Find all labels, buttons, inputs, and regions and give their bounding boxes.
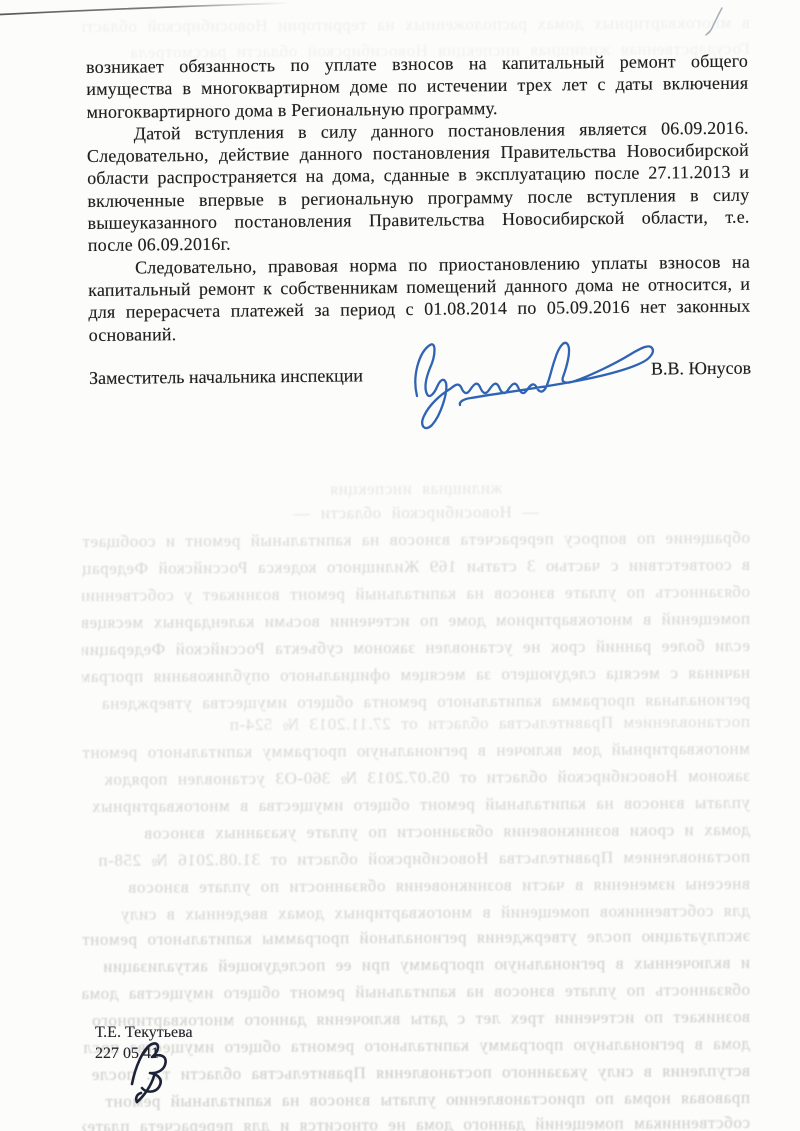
letter-body: возникает обязанность по уплате взносов … [86, 50, 751, 389]
signer-title: Заместитель начальника инспекции [89, 364, 363, 389]
bleed-line: вступления в силу указанного постановлен… [82, 1061, 750, 1085]
letter-paragraphs: возникает обязанность по уплате взносов … [86, 50, 751, 346]
bleed-line: многоквартирный дом включен в региональн… [82, 739, 750, 763]
bleed-line: внесены изменения в части возникновения … [82, 874, 750, 898]
bleed-line: эксплуатацию после утверждения региональ… [82, 926, 750, 950]
bleed-line: домах и сроки возникновения обязанности … [82, 820, 750, 844]
bleed-line: обращение по вопросу перерасчета взносов… [82, 528, 750, 552]
paragraph: Датой вступления в силу данного постанов… [87, 117, 750, 257]
bleed-line: в многоквартирных домах расположенных на… [82, 13, 750, 37]
bleed-line: помещений в многоквартирном доме по исте… [82, 609, 750, 633]
paragraph: возникает обязанность по уплате взносов … [86, 50, 749, 123]
bleed-line: постановлением Правительства области от … [82, 712, 750, 736]
bleed-line: и включенных в региональную программу пр… [82, 953, 750, 977]
corner-slash-pencil-icon [702, 4, 730, 40]
bleed-line: для собственников помещений в многокварт… [82, 901, 750, 925]
bleed-line: в соответствии с частью 3 статьи 169 Жил… [82, 555, 750, 579]
paragraph: Следовательно, правовая норма по приоста… [88, 250, 751, 346]
bleed-line: законом Новосибирской области от 05.07.2… [82, 766, 750, 790]
scan-edge-line [0, 0, 300, 22]
bleed-line: начиная с месяца следующего за месяцем о… [82, 663, 750, 687]
bleed-line: жилищная инспекция [82, 477, 750, 501]
bleed-line: если более ранний срок не установлен зак… [82, 636, 750, 660]
bleed-line: обязанность по уплате взносов на капитал… [82, 582, 750, 606]
bleed-line: — Новосибирской области — [82, 501, 750, 525]
executor-contact: Т.Е. Текутьева 227 05 41 [95, 1022, 193, 1064]
scanned-letter-page: в многоквартирных домах расположенных на… [0, 0, 800, 1131]
signature-row: Заместитель начальника инспекции В.В. Юн… [89, 360, 751, 389]
executor-name: Т.Е. Текутьева [95, 1022, 193, 1043]
bleed-line: постановлением Правительства Новосибирск… [82, 847, 750, 871]
bleed-line: обязанность по уплате взносов на капитал… [82, 980, 750, 1004]
bleed-line: правовая норма по приостановлению уплаты… [82, 1088, 750, 1112]
executor-phone: 227 05 41 [95, 1043, 193, 1064]
signer-name: В.В. Юнусов [651, 356, 751, 379]
bleed-line: собственникам помещений данного дома не … [82, 1113, 750, 1131]
bleed-line: региональная программа капитального ремо… [82, 690, 750, 714]
bleed-line: уплаты взносов на капитальный ремонт общ… [82, 793, 750, 817]
